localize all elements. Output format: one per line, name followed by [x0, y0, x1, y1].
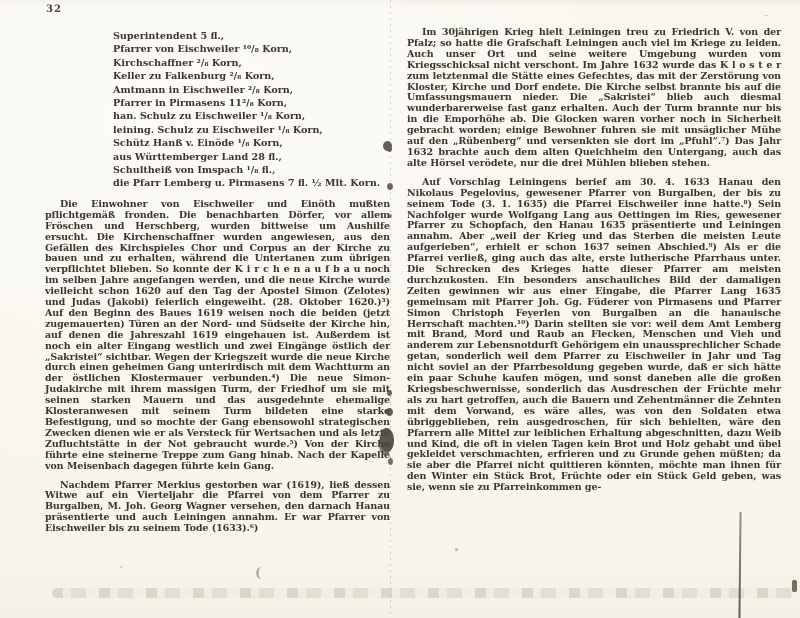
ink-blot [388, 458, 393, 465]
salary-list-item: Schütz Hanß v. Einöde ¹/₈ Korn, [113, 137, 390, 150]
salary-list-item: aus Württemberger Land 28 fl., [113, 151, 390, 164]
page-number-left: 32 [46, 4, 62, 15]
page-number-right-faded: – [764, 10, 769, 21]
salary-list-item: han. Schulz zu Eischweiler ¹/₈ Korn, [113, 110, 390, 123]
left-paragraph-church-rebuilding: Die Einwohner von Eischweiler und Einöth… [45, 200, 390, 473]
ink-blot [387, 390, 392, 396]
salary-list: Superintendent 5 fl., Pfarrer von Eischw… [113, 30, 390, 191]
salary-list-item: Pfarrer in Pirmasens 11²/₈ Korn, [113, 97, 390, 110]
stray-paren-mark: ( [255, 566, 261, 581]
scan-speck [455, 548, 458, 551]
right-page-text-column: Im 30jährigen Krieg hielt Leiningen treu… [407, 28, 781, 502]
salary-list-item: Pfarrer von Eischweiler ¹⁰/₈ Korn, [113, 43, 390, 56]
left-page-text-column: Superintendent 5 fl., Pfarrer von Eischw… [45, 30, 390, 543]
ink-blot [386, 408, 393, 416]
scan-speck [792, 580, 797, 592]
salary-list-item: Schultheiß von Imspach ¹/₈ fl., [113, 164, 390, 177]
salary-list-item: Kirchschaffner ²/₈ Korn, [113, 57, 390, 70]
ink-blot [388, 214, 392, 218]
right-paragraph-thirty-years-war: Im 30jährigen Krieg hielt Leiningen treu… [407, 28, 781, 170]
ink-blot [383, 141, 392, 151]
salary-list-item: die Pfarr Lemberg u. Pirmasens 7 fl. ½ M… [113, 177, 390, 190]
scan-speck [120, 566, 122, 568]
ink-blot-large [380, 428, 394, 452]
salary-list-item: leining. Schulz zu Eischweiler ¹/₈ Korn, [113, 124, 390, 137]
scanned-book-spread: 32 – Superintendent 5 fl., Pfarrer von E… [0, 0, 800, 618]
salary-list-item: Amtmann in Eischweiler ²/₈ Korn, [113, 84, 390, 97]
ink-blot [387, 183, 393, 190]
page-edge-line [738, 512, 741, 618]
salary-list-item: Superintendent 5 fl., [113, 30, 390, 43]
right-paragraph-pegelovius-lang: Auf Vorschlag Leiningens berief am 30. 4… [407, 178, 781, 494]
bottom-scan-smudge [52, 588, 794, 598]
book-gutter-fold-line [390, 0, 391, 618]
salary-list-item: Keller zu Falkenburg ²/₈ Korn, [113, 70, 390, 83]
left-paragraph-merkius: Nachdem Pfarrer Merkius gestorben war (1… [45, 481, 390, 536]
ink-blot [366, 200, 368, 205]
